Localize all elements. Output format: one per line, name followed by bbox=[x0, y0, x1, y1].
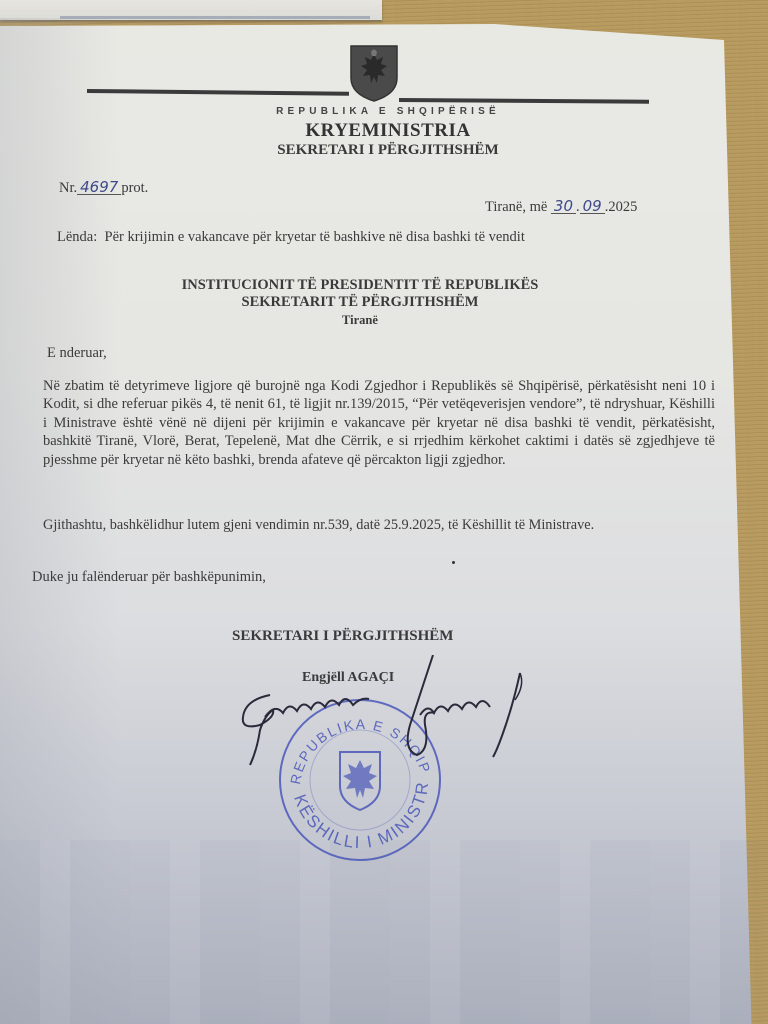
body-paragraph-1: Në zbatim të detyrimeve ligjore që buroj… bbox=[43, 377, 715, 469]
official-letter: REPUBLIKA E SHQIPËRISË KRYEMINISTRIA SEK… bbox=[0, 0, 768, 1024]
protocol-prefix: Nr. bbox=[59, 180, 77, 196]
protocol-number: Nr.4697prot. bbox=[59, 180, 148, 197]
handwritten-signature bbox=[235, 655, 535, 785]
subject-text: Për krijimin e vakancave për kryetar të … bbox=[105, 229, 525, 245]
letterhead-rule-right bbox=[399, 98, 649, 104]
letterhead-rule-left bbox=[87, 89, 349, 96]
letterhead-department: SEKRETARI I PËRGJITHSHËM bbox=[248, 142, 528, 159]
salutation: E nderuar, bbox=[47, 345, 107, 362]
albanian-coat-of-arms-icon bbox=[349, 44, 399, 102]
date-day-handwritten: 30 bbox=[551, 199, 576, 214]
date-month-handwritten: 09 bbox=[580, 199, 605, 214]
addressee-city: Tiranë bbox=[140, 313, 580, 328]
subject-label: Lënda: bbox=[57, 229, 97, 245]
letterhead-republic: REPUBLIKA E SHQIPËRISË bbox=[258, 106, 518, 117]
date-line: Tiranë, më 30.09.2025 bbox=[485, 199, 637, 216]
addressee-line-2: SEKRETARIT TË PËRGJITHSHËM bbox=[140, 294, 580, 311]
body-paragraph-2: Gjithashtu, bashkëlidhur lutem gjeni ven… bbox=[43, 516, 715, 534]
signatory-title: SEKRETARI I PËRGJITHSHËM bbox=[232, 628, 453, 645]
ink-speck bbox=[452, 561, 455, 564]
protocol-number-handwritten: 4697 bbox=[77, 180, 121, 195]
place-prefix: Tiranë, më bbox=[485, 199, 547, 215]
closing-line: Duke ju falënderuar për bashkëpunimin, bbox=[32, 569, 266, 586]
addressee-line-1: INSTITUCIONIT TË PRESIDENTIT TË REPUBLIK… bbox=[140, 277, 580, 294]
date-year: .2025 bbox=[605, 199, 638, 215]
protocol-suffix: prot. bbox=[121, 180, 148, 196]
letterhead-office: KRYEMINISTRIA bbox=[258, 120, 518, 142]
subject-line: Lënda: Për krijimin e vakancave për krye… bbox=[57, 229, 525, 246]
